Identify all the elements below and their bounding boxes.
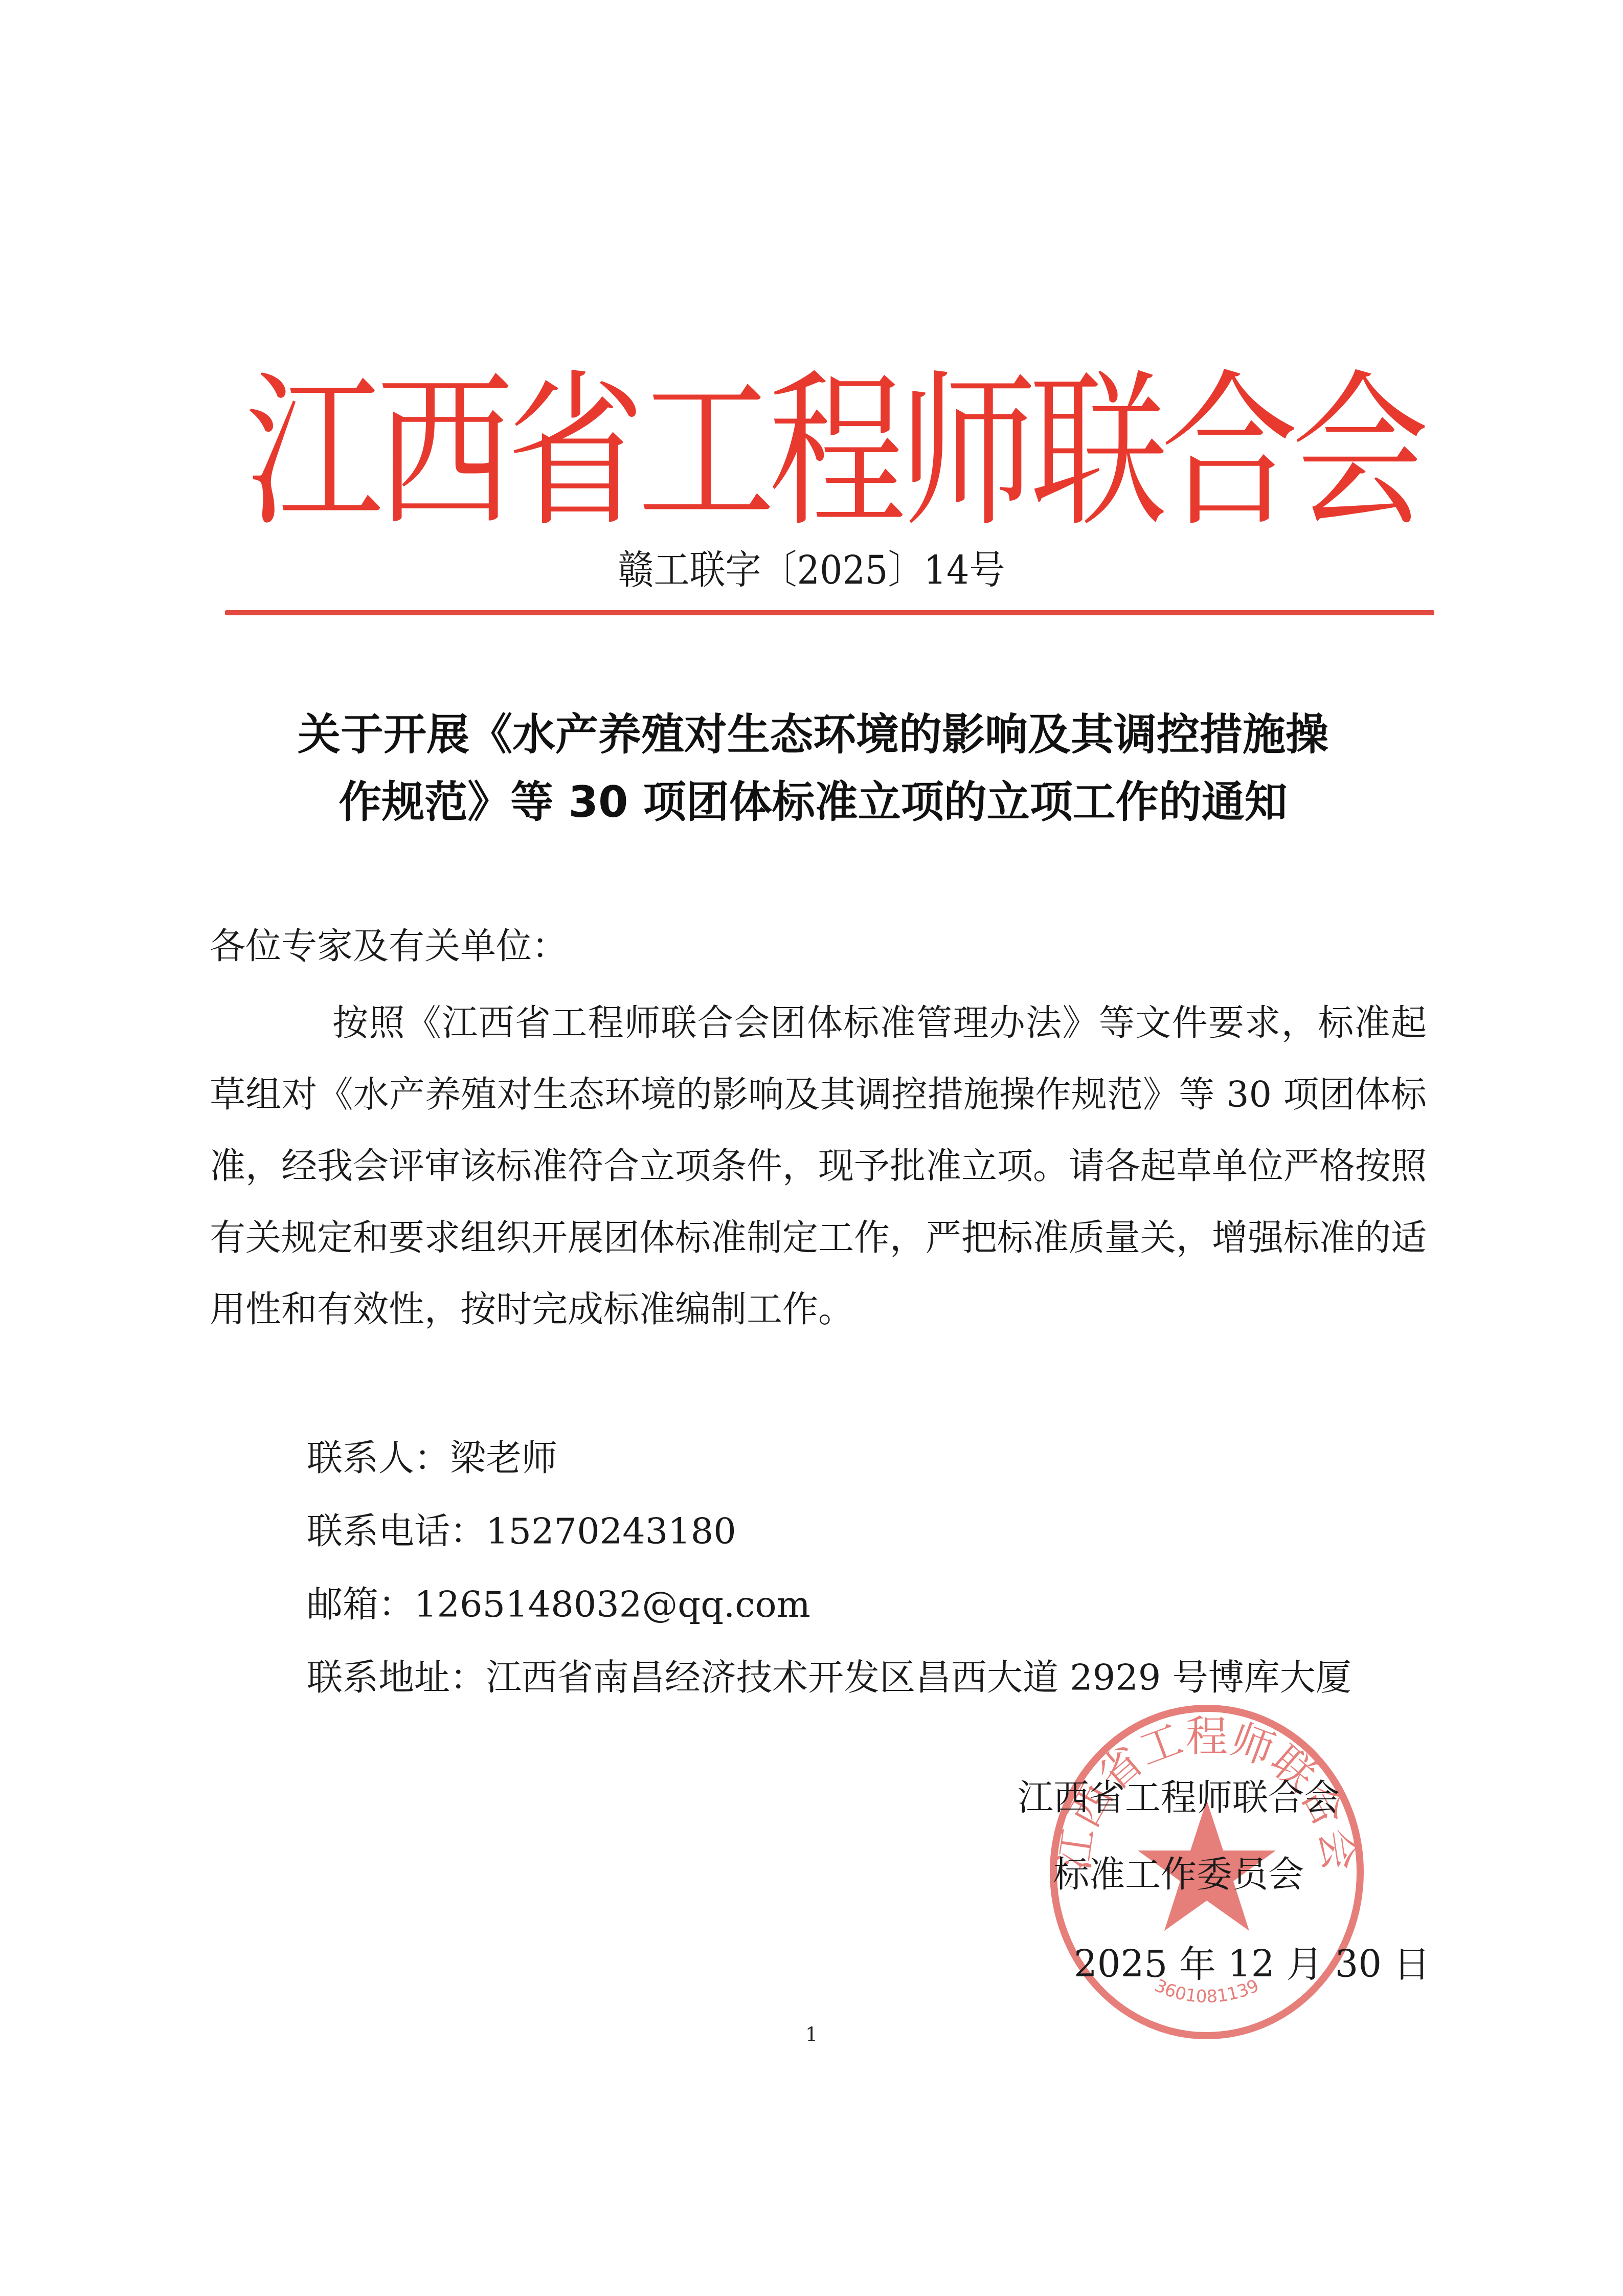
signature-date: 2025 年 12 月 30 日 — [1074, 1938, 1430, 1990]
masthead-organization: 江西省工程师联合会 — [245, 338, 1342, 578]
contact-email-label: 邮箱： — [307, 1584, 414, 1625]
document-number: 赣工联字〔2025〕14号 — [0, 545, 1623, 596]
contact-person: 联系人：梁老师 — [307, 1422, 1351, 1495]
contact-person-label: 联系人： — [307, 1437, 450, 1479]
contact-phone-value: 15270243180 — [486, 1510, 736, 1552]
contact-person-value: 梁老师 — [450, 1437, 557, 1479]
signature-block: 江西省工程师联合会 标准工作委员会 — [1018, 1759, 1340, 1913]
contact-phone-label: 联系电话： — [307, 1510, 486, 1552]
signature-org-line-1: 江西省工程师联合会 — [1018, 1759, 1340, 1836]
body-paragraph: 按照《江西省工程师联合会团体标准管理办法》等文件要求，标准起草组对《水产养殖对生… — [210, 987, 1427, 1345]
header-divider — [225, 610, 1434, 615]
signature-org-line-2: 标准工作委员会 — [1018, 1836, 1340, 1913]
contact-email-value: 1265148032@qq.com — [414, 1584, 810, 1625]
contact-address-label: 联系地址： — [307, 1657, 486, 1699]
contact-email: 邮箱：1265148032@qq.com — [307, 1568, 1351, 1641]
contact-block: 联系人：梁老师 联系电话：15270243180 邮箱：1265148032@q… — [307, 1422, 1351, 1714]
salutation: 各位专家及有关单位： — [210, 923, 568, 969]
title-line-2: 作规范》等 30 项团体标准立项的立项工作的通知 — [215, 768, 1411, 836]
document-title: 关于开展《水产养殖对生态环境的影响及其调控措施操 作规范》等 30 项团体标准立… — [215, 701, 1411, 836]
contact-phone: 联系电话：15270243180 — [307, 1495, 1351, 1568]
title-line-1: 关于开展《水产养殖对生态环境的影响及其调控措施操 — [215, 701, 1411, 768]
contact-address-value: 江西省南昌经济技术开发区昌西大道 2929 号博库大厦 — [486, 1657, 1351, 1699]
